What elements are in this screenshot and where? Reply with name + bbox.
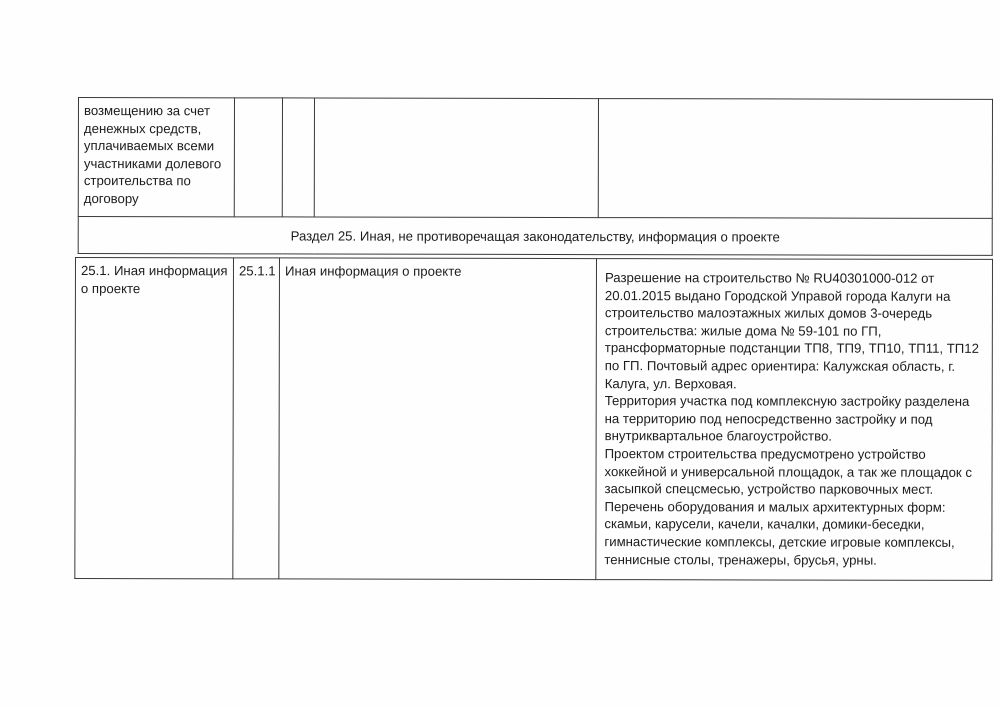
project-declaration-table: возмещению за счет денежных средств, упл… [78, 97, 993, 256]
continuation-code-cell [234, 98, 282, 217]
details-cell: Разрешение на строительство № RU40301000… [596, 259, 993, 581]
scanned-page: возмещению за счет денежных средств, упл… [0, 0, 1000, 708]
section-25-heading: Раздел 25. Иная, не противоречащая закон… [78, 217, 992, 256]
table-row-section-header: Раздел 25. Иная, не противоречащая закон… [78, 217, 992, 256]
item-label-cell: 25.1. Иная информация о проекте [75, 258, 234, 579]
details-paragraph-playgrounds: Проектом строительства предусмотрено уст… [604, 445, 986, 499]
details-paragraph-equipment: Перечень оборудования и малых архитектур… [604, 498, 986, 569]
table-row-other-info: 25.1. Иная информация о проекте 25.1.1 И… [75, 258, 993, 581]
field-name-cell: Иная информация о проекте [279, 258, 597, 580]
continuation-label-cell: возмещению за счет денежных средств, упл… [78, 98, 234, 217]
continuation-field-cell [314, 98, 598, 218]
continuation-subcode-cell [282, 98, 314, 217]
details-paragraph-territory: Территория участка под комплексную застр… [605, 392, 987, 446]
item-code-cell: 25.1.1 [233, 258, 280, 579]
details-paragraph-permit: Разрешение на строительство № RU40301000… [605, 269, 987, 393]
table-row-continuation: возмещению за счет денежных средств, упл… [78, 98, 992, 219]
continuation-value-cell [598, 99, 992, 219]
project-info-table: 25.1. Иная информация о проекте 25.1.1 И… [74, 257, 993, 581]
